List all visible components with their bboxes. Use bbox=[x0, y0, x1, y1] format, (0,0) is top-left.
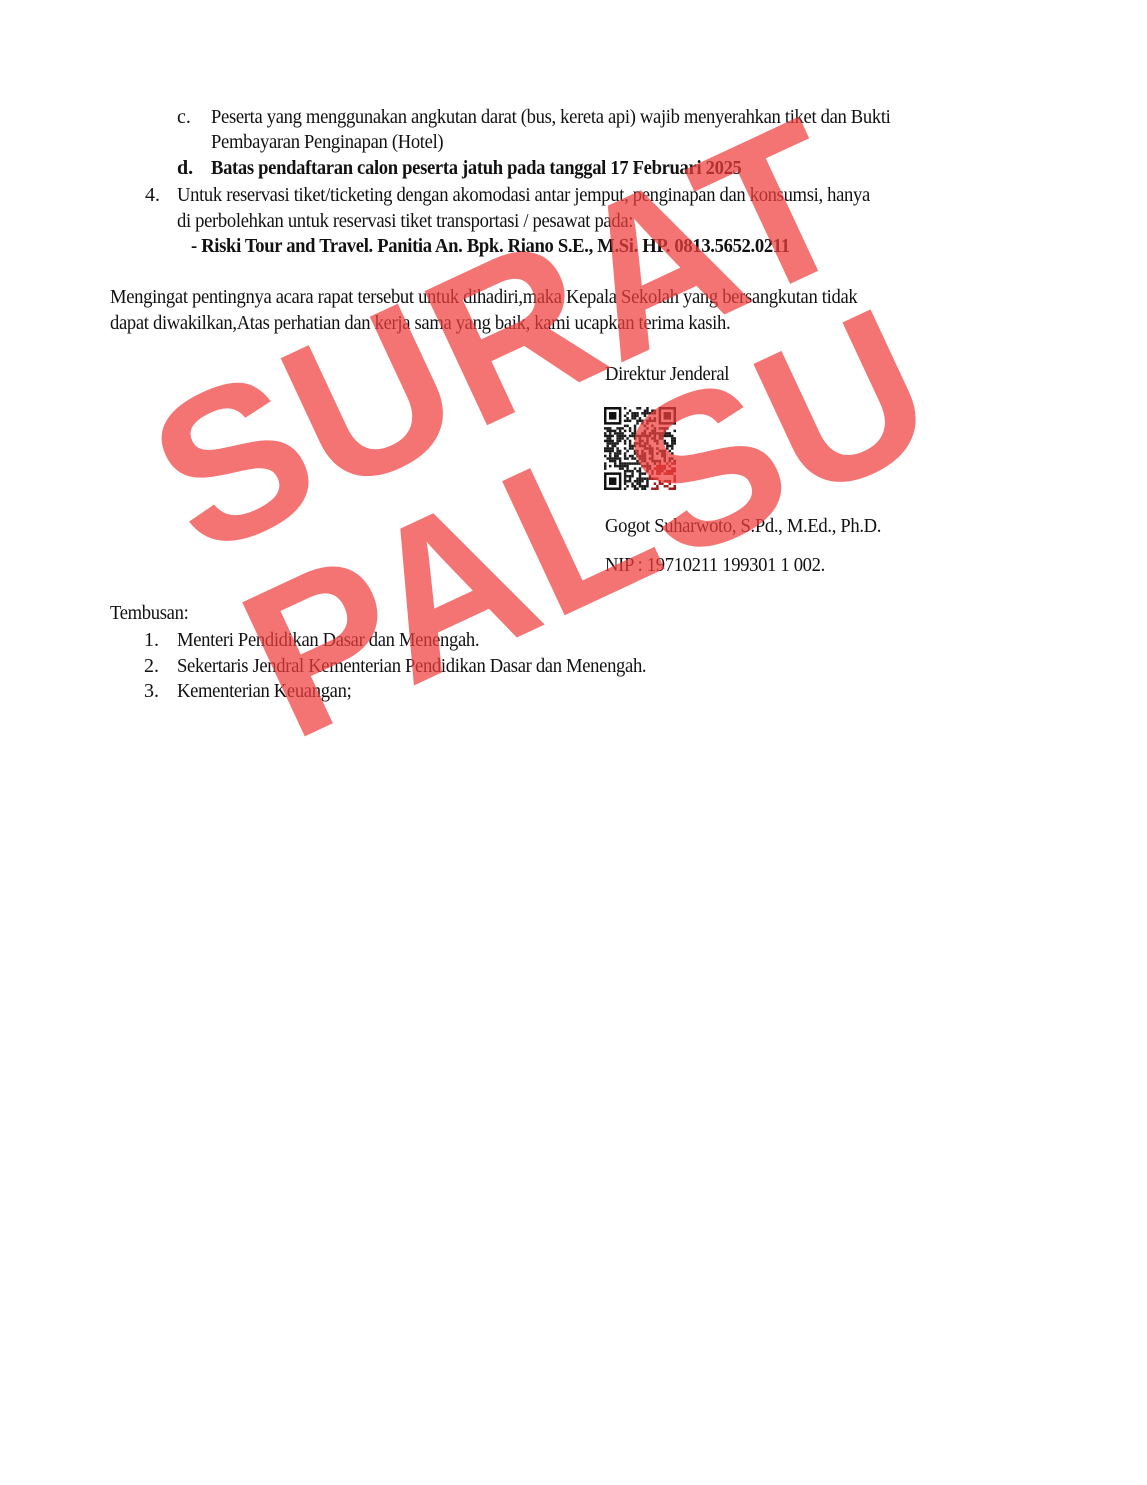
cc-label: Tembusan: bbox=[110, 601, 188, 625]
cc-marker-3: 3. bbox=[144, 679, 159, 703]
cc-item-3: Kementerian Keuangan; bbox=[177, 679, 351, 703]
list-item-c-line-1: Peserta yang menggunakan angkutan darat … bbox=[211, 105, 891, 129]
cc-marker-1: 1. bbox=[144, 628, 159, 652]
signatory-title: Direktur Jenderal bbox=[605, 362, 729, 386]
list-marker-4: 4. bbox=[145, 183, 160, 207]
list-marker-d: d. bbox=[177, 156, 193, 180]
closing-line-2: dapat diwakilkan,Atas perhatian dan kerj… bbox=[110, 311, 730, 335]
item-4-line-2: di perbolehkan untuk reservasi tiket tra… bbox=[177, 209, 633, 233]
registration-deadline: Batas pendaftaran calon peserta jatuh pa… bbox=[211, 156, 742, 180]
qr-code-icon bbox=[604, 407, 676, 490]
list-marker-c: c. bbox=[177, 105, 191, 129]
list-item-c-line-2: Pembayaran Penginapan (Hotel) bbox=[211, 130, 443, 154]
signatory-nip: NIP : 19710211 199301 1 002. bbox=[605, 553, 825, 577]
signatory-name: Gogot Suharwoto, S.Pd., M.Ed., Ph.D. bbox=[605, 514, 881, 538]
closing-line-1: Mengingat pentingnya acara rapat tersebu… bbox=[110, 285, 857, 309]
travel-agent-contact: - Riski Tour and Travel. Panitia An. Bpk… bbox=[191, 234, 790, 258]
cc-item-2: Sekertaris Jendral Kementerian Pendidika… bbox=[177, 654, 646, 678]
item-4-line-1: Untuk reservasi tiket/ticketing dengan a… bbox=[177, 183, 870, 207]
cc-marker-2: 2. bbox=[144, 654, 159, 678]
cc-item-1: Menteri Pendidikan Dasar dan Menengah. bbox=[177, 628, 479, 652]
document-page: c. Peserta yang menggunakan angkutan dar… bbox=[0, 0, 1147, 1485]
